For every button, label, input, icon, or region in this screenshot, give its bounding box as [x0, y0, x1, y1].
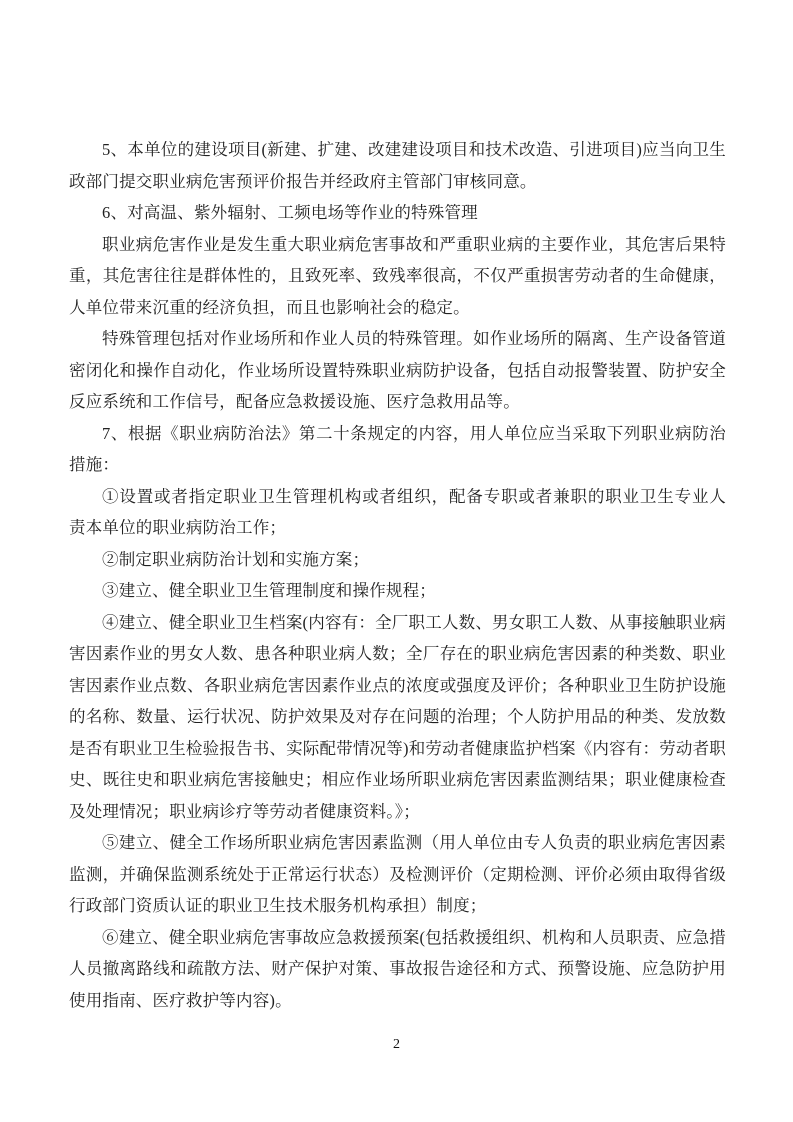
text-line: 害因素作业的男女人数、患各种职业病人数；全厂存在的职业病危害因素的种类数、职业病…: [69, 638, 726, 670]
text-line: 责本单位的职业病防治工作；: [69, 512, 726, 544]
text-line: 及处理情况；职业病诊疗等劳动者健康资料。》；: [69, 796, 726, 828]
text-line: ②制定职业病防治计划和实施方案；: [69, 544, 726, 576]
text-line: 是否有职业卫生检验报告书、实际配带情况等)和劳动者健康监护档案《内容有：劳动者职…: [69, 733, 726, 765]
text-line: 密闭化和操作自动化，作业场所设置特殊职业病防护设备，包括自动报警装置、防护安全联…: [69, 355, 726, 387]
paragraph: ⑤建立、健全工作场所职业病危害因素监测（用人单位由专人负责的职业病危害因素日常监…: [69, 827, 726, 922]
text-line: 5、本单位的建设项目(新建、扩建、改建建设项目和技术改造、引进项目)应当向卫生行: [69, 134, 726, 166]
paragraph: 特殊管理包括对作业场所和作业人员的特殊管理。如作业场所的隔离、生产设备管道化、密…: [69, 323, 726, 418]
document-body: 5、本单位的建设项目(新建、扩建、改建建设项目和技术改造、引进项目)应当向卫生行…: [69, 134, 726, 1016]
text-line: 7、根据《职业病防治法》第二十条规定的内容，用人单位应当采取下列职业病防治管理: [69, 418, 726, 450]
text-line: 6、对高温、紫外辐射、工频电场等作业的特殊管理: [69, 197, 726, 229]
paragraph: 7、根据《职业病防治法》第二十条规定的内容，用人单位应当采取下列职业病防治管理措…: [69, 418, 726, 481]
text-line: 人员撤离路线和疏散方法、财产保护对策、事故报告途径和方式、预警设施、应急防护用品…: [69, 953, 726, 985]
text-line: ⑥建立、健全职业病危害事故应急救援预案(包括救援组织、机构和人员职责、应急措施、: [69, 922, 726, 954]
text-line: 措施：: [69, 449, 726, 481]
paragraph: ④建立、健全职业卫生档案(内容有：全厂职工人数、男女职工人数、从事接触职业病危害…: [69, 607, 726, 828]
text-line: 重，其危害往往是群体性的，且致死率、致残率很高，不仅严重损害劳动者的生命健康，给…: [69, 260, 726, 292]
text-line: 职业病危害作业是发生重大职业病危害事故和严重职业病的主要作业，其危害后果特别严: [69, 229, 726, 261]
paragraph: ②制定职业病防治计划和实施方案；: [69, 544, 726, 576]
text-line: 特殊管理包括对作业场所和作业人员的特殊管理。如作业场所的隔离、生产设备管道化、: [69, 323, 726, 355]
paragraph: ⑥建立、健全职业病危害事故应急救援预案(包括救援组织、机构和人员职责、应急措施、…: [69, 922, 726, 1017]
text-line: ④建立、健全职业卫生档案(内容有：全厂职工人数、男女职工人数、从事接触职业病危: [69, 607, 726, 639]
text-line: ①设置或者指定职业卫生管理机构或者组织，配备专职或者兼职的职业卫生专业人员，负: [69, 481, 726, 513]
paragraph: ③建立、健全职业卫生管理制度和操作规程；: [69, 575, 726, 607]
text-line: ③建立、健全职业卫生管理制度和操作规程；: [69, 575, 726, 607]
paragraph: 职业病危害作业是发生重大职业病危害事故和严重职业病的主要作业，其危害后果特别严重…: [69, 229, 726, 324]
text-line: 行政部门资质认证的职业卫生技术服务机构承担）制度；: [69, 890, 726, 922]
page-number: 2: [0, 1036, 793, 1054]
text-line: 反应系统和工作信号，配备应急救援设施、医疗急救用品等。: [69, 386, 726, 418]
text-line: ⑤建立、健全工作场所职业病危害因素监测（用人单位由专人负责的职业病危害因素日常: [69, 827, 726, 859]
paragraph: ①设置或者指定职业卫生管理机构或者组织，配备专职或者兼职的职业卫生专业人员，负责…: [69, 481, 726, 544]
text-line: 监测，并确保监测系统处于正常运行状态）及检测评价（定期检测、评价必须由取得省级卫…: [69, 859, 726, 891]
paragraph: 6、对高温、紫外辐射、工频电场等作业的特殊管理: [69, 197, 726, 229]
text-line: 害因素作业点数、各职业病危害因素作业点的浓度或强度及评价；各种职业卫生防护设施设…: [69, 670, 726, 702]
paragraph: 5、本单位的建设项目(新建、扩建、改建建设项目和技术改造、引进项目)应当向卫生行…: [69, 134, 726, 197]
text-line: 政部门提交职业病危害预评价报告并经政府主管部门审核同意。: [69, 166, 726, 198]
text-line: 史、既往史和职业病危害接触史；相应作业场所职业病危害因素监测结果；职业健康检查结…: [69, 764, 726, 796]
text-line: 使用指南、医疗救护等内容)。: [69, 985, 726, 1017]
text-line: 人单位带来沉重的经济负担，而且也影响社会的稳定。: [69, 292, 726, 324]
document-page: 5、本单位的建设项目(新建、扩建、改建建设项目和技术改造、引进项目)应当向卫生行…: [0, 0, 793, 1122]
text-line: 的名称、数量、运行状况、防护效果及对存在问题的治理；个人防护用品的种类、发放数量…: [69, 701, 726, 733]
